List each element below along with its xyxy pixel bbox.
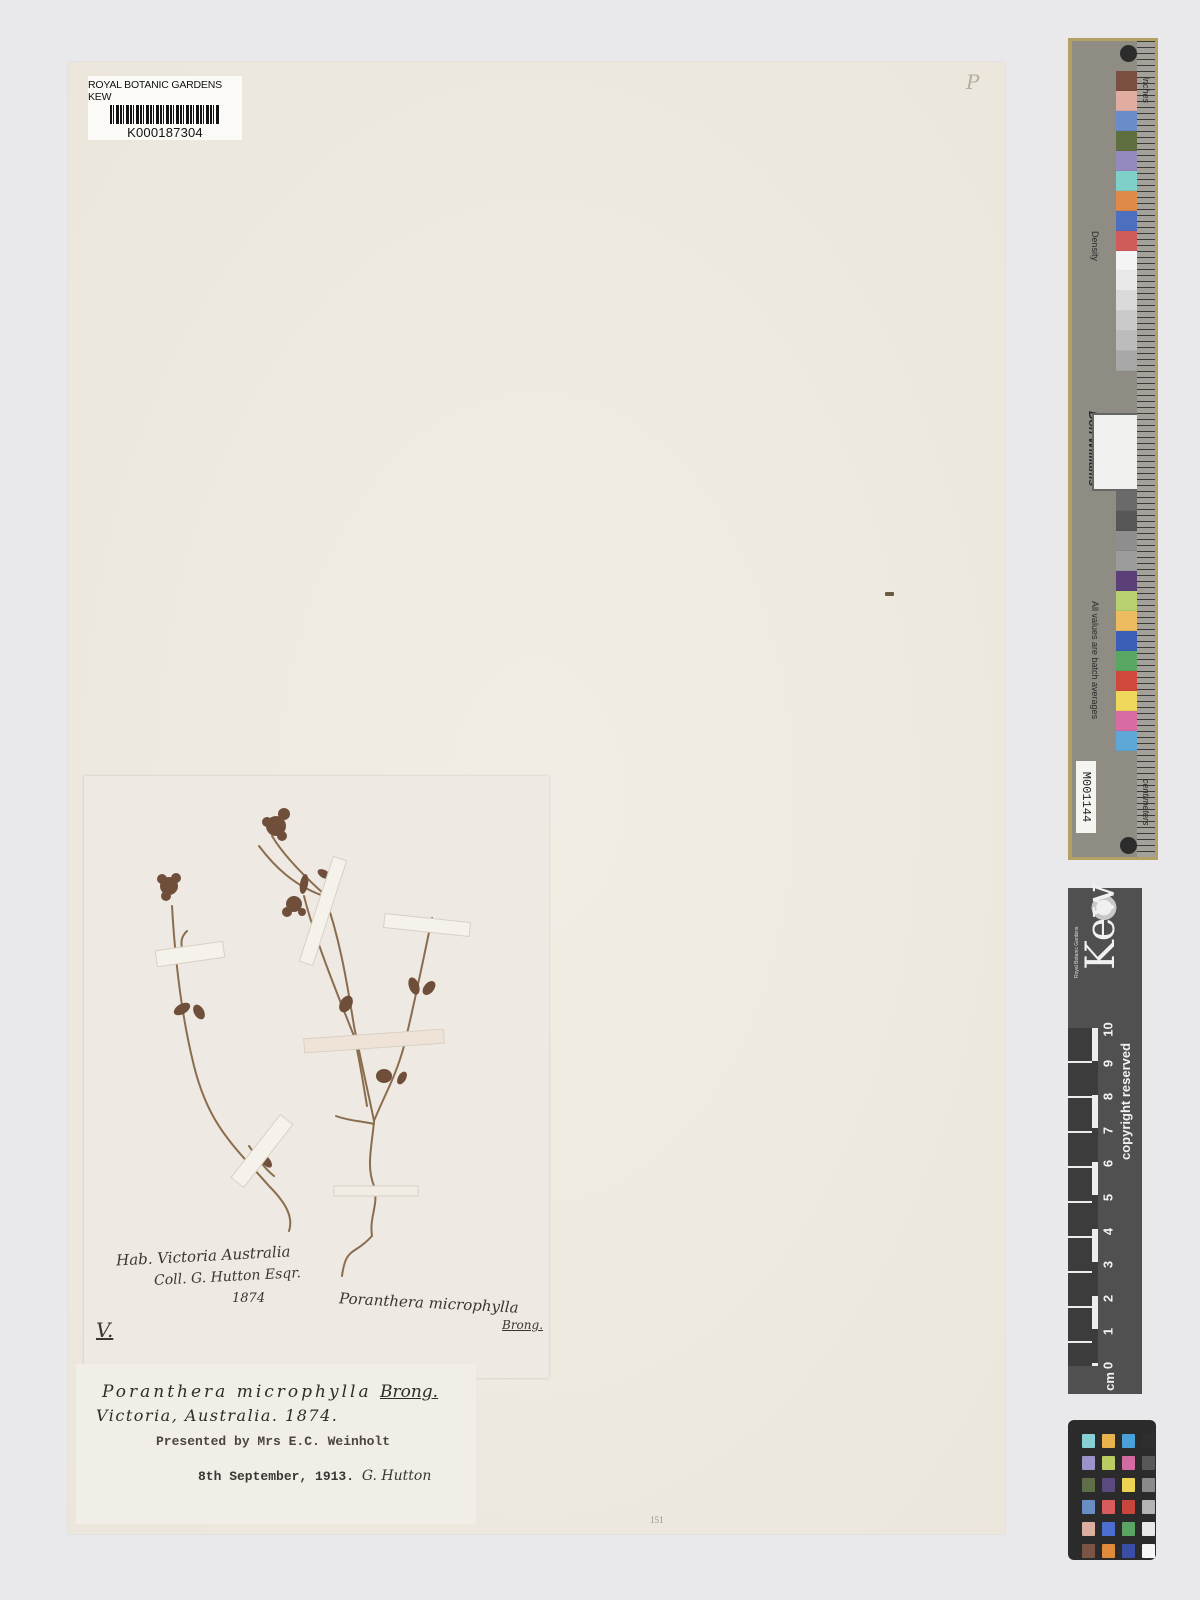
inches-label: inches (1141, 77, 1151, 103)
colour-patch (1116, 551, 1138, 571)
checker-cell (1142, 1544, 1155, 1558)
handwritten-year: 1874 (232, 1291, 265, 1306)
sheet-speck (885, 592, 894, 596)
checker-cell (1102, 1544, 1115, 1558)
checker-cell (1102, 1434, 1115, 1448)
colour-patch (1116, 731, 1138, 751)
checker-cell (1082, 1522, 1095, 1536)
punch-hole (1120, 837, 1137, 854)
checker-cell (1142, 1456, 1155, 1470)
barcode-label: ROYAL BOTANIC GARDENS KEW K000187304 (88, 76, 242, 140)
determination-label: Poranthera microphylla Brong. Victoria, … (76, 1364, 476, 1524)
label-taxon-line: Poranthera microphylla Brong. (102, 1382, 438, 1402)
scale-number: 9 (1101, 1055, 1116, 1071)
barcode (110, 105, 220, 124)
scale-number: 3 (1101, 1257, 1116, 1273)
checker-cell (1102, 1456, 1115, 1470)
copyright-notice: copyright reserved (1118, 1043, 1133, 1160)
checker-cell (1082, 1456, 1095, 1470)
colour-calibration-bar: Density Don Williams All values are batc… (1068, 38, 1158, 860)
colour-patch (1116, 271, 1138, 291)
checker-cell (1122, 1500, 1135, 1514)
colour-patch (1116, 591, 1138, 611)
scale-ticks (1068, 1028, 1092, 1366)
colour-patch (1116, 611, 1138, 631)
colour-patch (1116, 191, 1138, 211)
colour-patch (1116, 291, 1138, 311)
colour-patch (1116, 71, 1138, 91)
label-signature: G. Hutton (362, 1468, 432, 1484)
handwritten-mark: V. (96, 1318, 113, 1342)
punch-hole (1120, 45, 1137, 62)
colour-patch (1116, 311, 1138, 331)
colour-patch (1116, 691, 1138, 711)
checker-cell (1122, 1434, 1135, 1448)
grey-card (1092, 413, 1140, 491)
colour-patch (1116, 511, 1138, 531)
colour-checker-card (1068, 1420, 1156, 1560)
scale-number: 2 (1101, 1290, 1116, 1306)
kew-scale-bar: Royal Botanic Gardens Kew copyright rese… (1068, 888, 1142, 1394)
colour-patch (1116, 231, 1138, 251)
colour-patch (1116, 91, 1138, 111)
colour-patch (1116, 491, 1138, 511)
colour-patch (1116, 571, 1138, 591)
specimen-mount: Hab. Victoria Australia Coll. G. Hutton … (84, 776, 549, 1378)
label-taxon: Poranthera microphylla (102, 1382, 372, 1402)
colour-patch (1116, 331, 1138, 351)
scale-number: 6 (1101, 1156, 1116, 1172)
colour-bar-id: M001144 (1076, 761, 1096, 833)
label-authority: Brong. (380, 1382, 438, 1402)
handwritten-authority: Brong. (502, 1318, 543, 1332)
checker-cell (1142, 1500, 1155, 1514)
colour-patch (1116, 631, 1138, 651)
checker-cell (1122, 1478, 1135, 1492)
colour-patches (1116, 71, 1138, 751)
colour-patch (1116, 251, 1138, 271)
checker-cell (1122, 1456, 1135, 1470)
scale-number: 0 (1101, 1358, 1116, 1374)
label-presented-by: Presented by Mrs E.C. Weinholt (156, 1434, 390, 1449)
scale-number: 1 (1101, 1324, 1116, 1340)
centimeters-label: centimeters (1141, 779, 1151, 826)
colour-patch (1116, 671, 1138, 691)
scale-number: 7 (1101, 1122, 1116, 1138)
colour-patch (1116, 151, 1138, 171)
colour-patch (1116, 111, 1138, 131)
scale-number: 10 (1101, 1022, 1116, 1038)
colour-patch (1116, 131, 1138, 151)
colour-checker-grid (1082, 1434, 1146, 1558)
checker-cell (1122, 1544, 1135, 1558)
checker-cell (1102, 1500, 1115, 1514)
checker-cell (1142, 1478, 1155, 1492)
checker-cell (1102, 1522, 1115, 1536)
colour-patch (1116, 211, 1138, 231)
batch-note: All values are batch averages (1090, 601, 1100, 719)
scale-ticks-secondary (1092, 1028, 1098, 1366)
colour-patch (1116, 651, 1138, 671)
checker-cell (1082, 1434, 1095, 1448)
barcode-id: K000187304 (127, 125, 203, 140)
label-locality: Victoria, Australia. 1874. (96, 1406, 338, 1425)
scale-numbers: 012345678910 (1100, 1028, 1116, 1366)
kew-logo: Kew (1078, 883, 1124, 970)
checker-cell (1142, 1522, 1155, 1536)
checker-cell (1122, 1522, 1135, 1536)
colour-patch (1116, 531, 1138, 551)
ruler-scale: inches centimeters (1137, 41, 1155, 857)
scale-number: 8 (1101, 1089, 1116, 1105)
scale-number: 5 (1101, 1190, 1116, 1206)
scale-unit: cm (1102, 1372, 1117, 1391)
checker-cell (1082, 1500, 1095, 1514)
colour-patch (1116, 351, 1138, 371)
checker-cell (1102, 1478, 1115, 1492)
label-date: 8th September, 1913. (198, 1469, 354, 1484)
checker-cell (1142, 1434, 1155, 1448)
checker-cell (1082, 1544, 1095, 1558)
checker-cell (1082, 1478, 1095, 1492)
colour-patch (1116, 711, 1138, 731)
institution-name: ROYAL BOTANIC GARDENS KEW (88, 79, 242, 103)
density-label: Density (1090, 231, 1100, 261)
corner-pencil-mark: P (966, 70, 979, 94)
bottom-pencil-note: 151 (650, 1515, 664, 1525)
colour-patch (1116, 171, 1138, 191)
label-date-line: 8th September, 1913. G. Hutton (198, 1468, 431, 1484)
scale-number: 4 (1101, 1223, 1116, 1239)
